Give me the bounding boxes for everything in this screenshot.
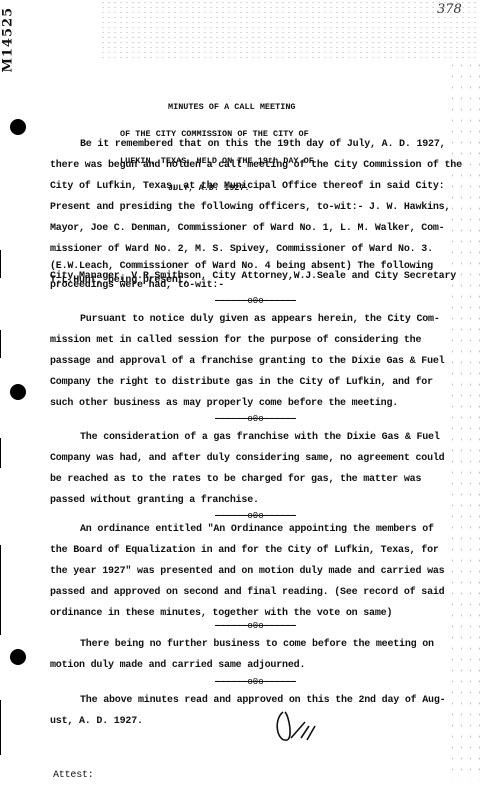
text-line: ust, A. D. 1927.	[50, 716, 143, 727]
text-line: The above minutes read and approved on t…	[80, 695, 445, 706]
text-line: proceedings were had, to-wit:-	[50, 280, 224, 291]
text-line: Mayor, Joe C. Denman, Commissioner of Wa…	[50, 223, 444, 234]
text-line: passed and approved on second and final …	[50, 587, 444, 598]
section-separator: ------o0o------	[215, 414, 296, 424]
text-line: Be it remembered that on this the 19th d…	[80, 139, 445, 150]
text-line: motion duly made and carried same adjour…	[50, 660, 305, 671]
section-separator: ------o0o------	[215, 677, 296, 687]
margin-mark	[0, 700, 1, 755]
text-line: such other business as may properly come…	[50, 398, 398, 409]
text-line: mission met in called session for the pu…	[50, 335, 421, 346]
text-line: Pursuant to notice duly given as appears…	[80, 314, 440, 325]
document-page: M14525 378 MINUTES OF A CALL MEETING OF …	[0, 0, 488, 800]
text-line: There being no further business to come …	[80, 639, 434, 650]
record-stamp: M14525	[1, 2, 15, 72]
section-separator: ------o0o------	[215, 296, 296, 306]
text-line: Present and presiding the following offi…	[50, 202, 450, 213]
hole-punch	[10, 384, 26, 400]
attest-label: Attest:	[53, 770, 94, 781]
signature	[275, 708, 345, 748]
margin-mark	[0, 250, 1, 278]
text-line: City of Lufkin, Texas, at the Municipal …	[50, 181, 444, 192]
margin-mark	[0, 545, 1, 635]
text-line: be reached as to the rates to be charged…	[50, 474, 421, 485]
text-line: Company was had, and after duly consider…	[50, 453, 444, 464]
section-separator: ------o0o------	[215, 511, 296, 521]
text-line: ordinance in these minutes, together wit…	[50, 608, 392, 619]
text-line: passed without granting a franchise.	[50, 495, 259, 506]
hole-punch	[10, 649, 26, 665]
margin-mark	[0, 438, 1, 468]
text-line: there was begun and holden a call meetin…	[50, 160, 462, 171]
text-line: missioner of Ward No. 2, M. S. Spivey, C…	[50, 244, 433, 255]
text-line: An ordinance entitled "An Ordinance appo…	[80, 524, 434, 535]
page-number: 378	[437, 2, 462, 17]
section-separator: ------o0o------	[215, 621, 296, 631]
hole-punch	[10, 119, 26, 135]
text-line: passage and approval of a franchise gran…	[50, 356, 444, 367]
text-line: the year 1927" was presented and on moti…	[50, 566, 444, 577]
margin-mark	[0, 330, 1, 358]
text-line: The consideration of a gas franchise wit…	[80, 432, 440, 443]
text-line: the Board of Equalization in and for the…	[50, 545, 439, 556]
scan-noise	[100, 0, 480, 60]
text-line: Company the right to distribute gas in t…	[50, 377, 433, 388]
